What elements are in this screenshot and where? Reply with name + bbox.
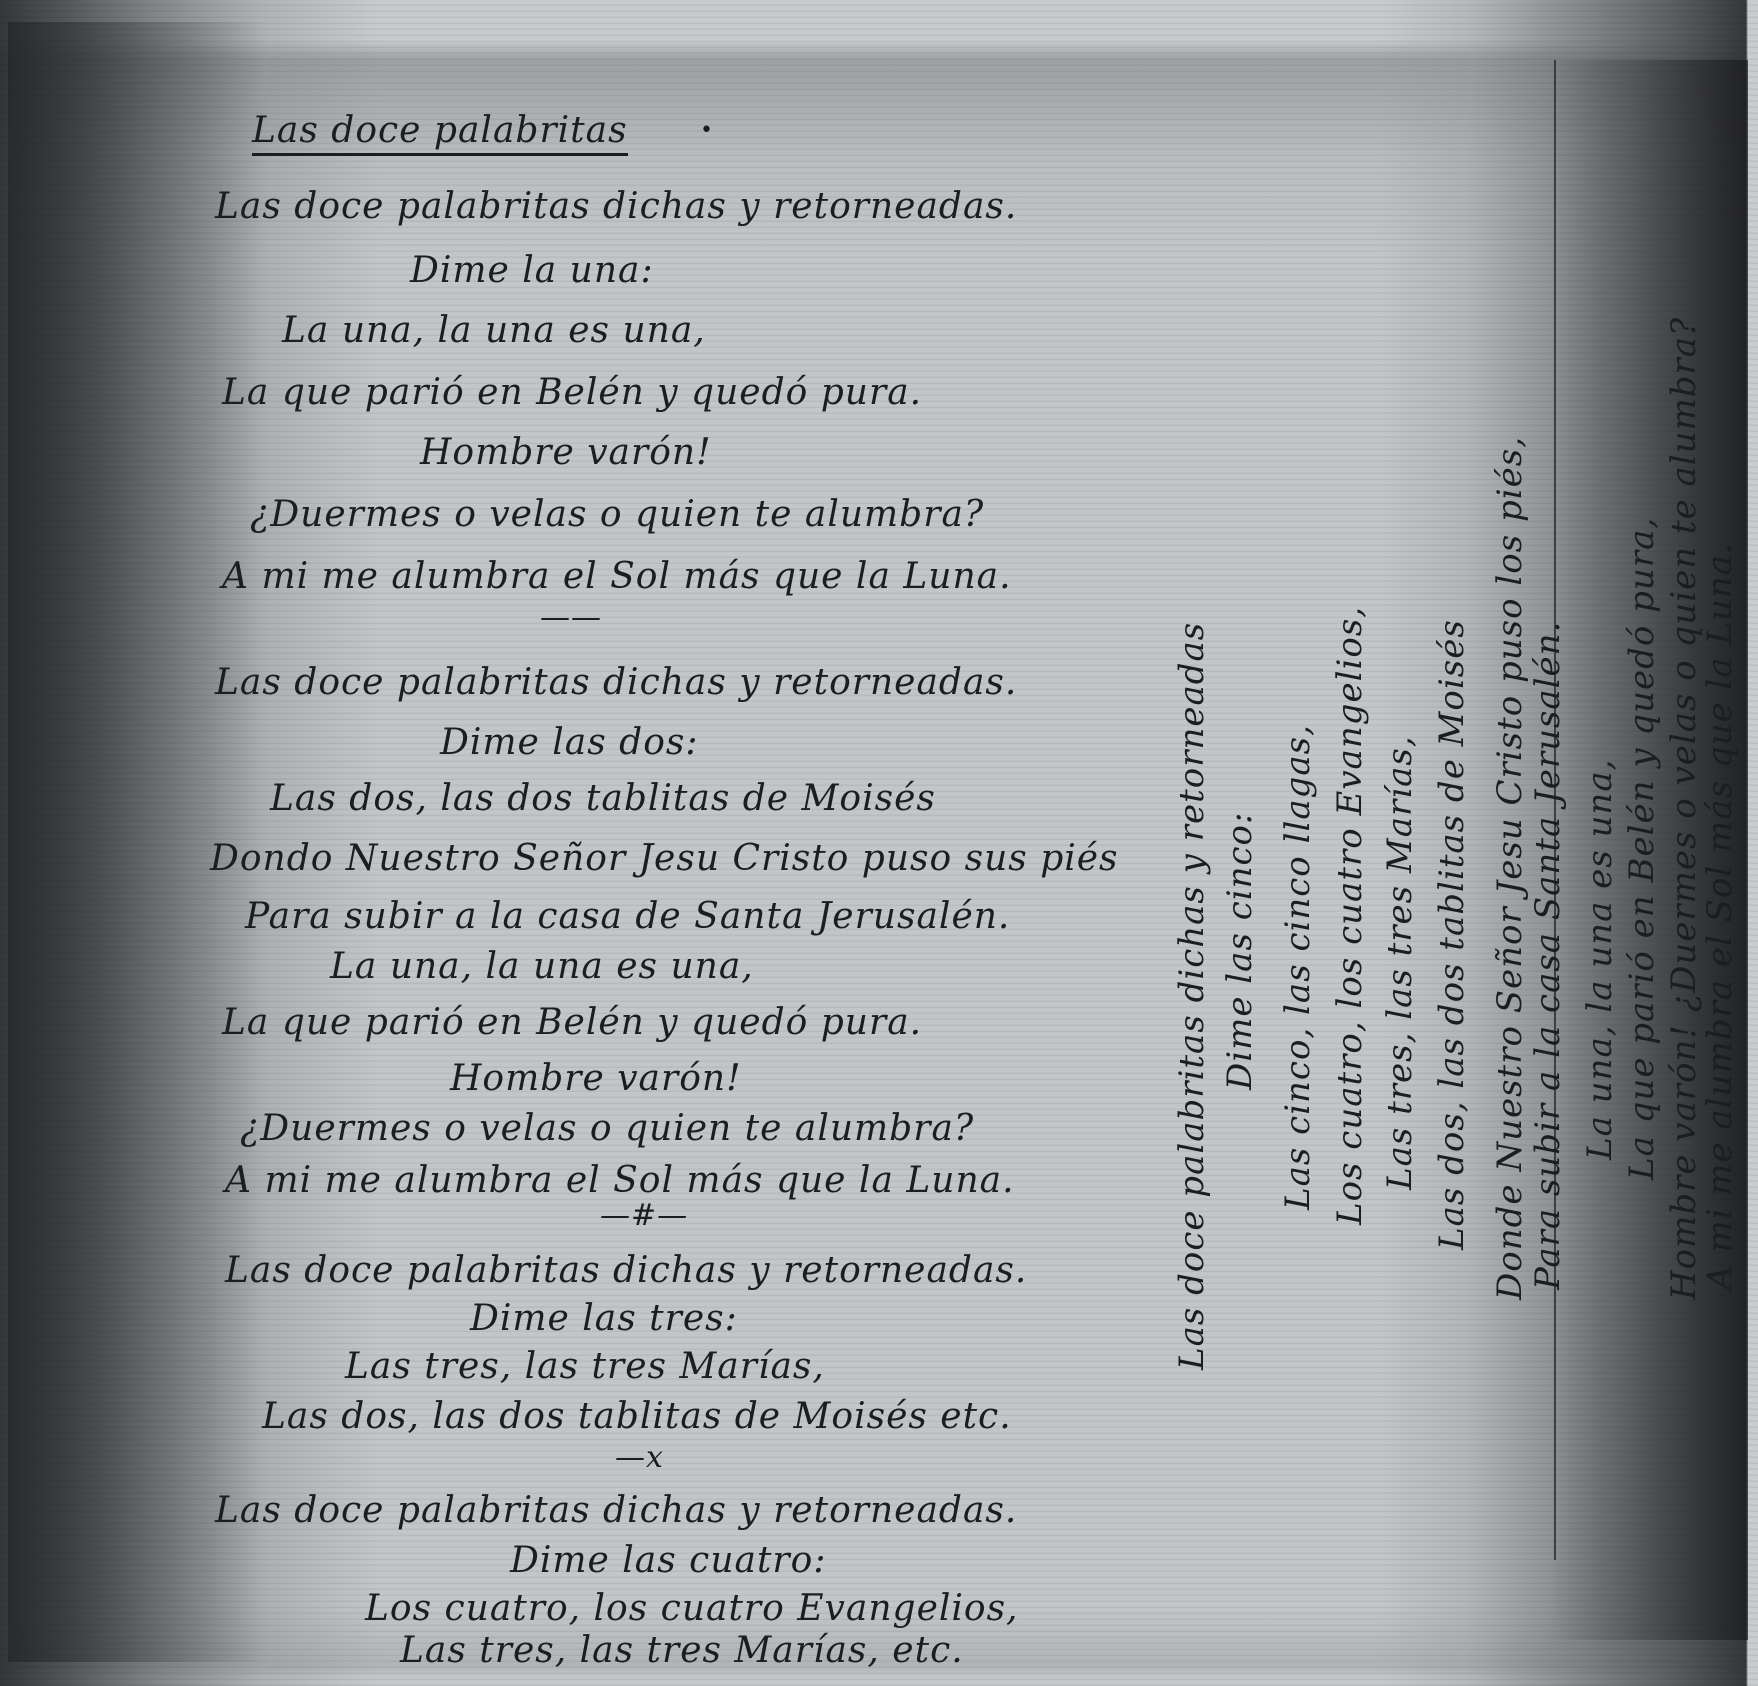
rotated-verse-line: Hombre varón! ¿Duermes o velas o quien t… <box>1664 317 1704 1300</box>
verse-line: La una, la una es una, <box>330 946 754 987</box>
rotated-verse-line: Las dos, las dos tablitas de Moisés <box>1432 619 1472 1250</box>
verse-line: Dondo Nuestro Señor Jesu Cristo puso sus… <box>210 838 1119 879</box>
rotated-verse-line: Donde Nuestro Señor Jesu Cristo puso los… <box>1490 436 1530 1300</box>
verse-line: Las tres, las tres Marías, <box>345 1346 825 1387</box>
stanza-separator: —x <box>615 1440 664 1475</box>
scanned-page: Las doce palabritas • Las doce palabrita… <box>0 0 1758 1686</box>
verse-line: ¿Duermes o velas o quien te alumbra? <box>240 1108 974 1149</box>
verse-line: Las doce palabritas dichas y retorneadas… <box>215 662 1017 703</box>
verse-line: La que parió en Belén y quedó pura. <box>222 1002 922 1043</box>
verse-line: Las doce palabritas dichas y retorneadas… <box>225 1250 1027 1291</box>
verse-line: A mi me alumbra el Sol más que la Luna. <box>222 556 1012 597</box>
poem-title: Las doce palabritas <box>252 110 628 156</box>
verse-line: Las dos, las dos tablitas de Moisés <box>270 778 936 819</box>
rotated-verse-line: La que parió en Belén y quedó pura, <box>1622 517 1662 1180</box>
rotated-verse-line: Los cuatro, los cuatro Evangelios, <box>1330 606 1370 1225</box>
stanza-separator: —— <box>540 600 602 635</box>
rotated-verse-line: A mi me alumbra el Sol más que la Luna. <box>1700 542 1740 1290</box>
verse-line: La una, la una es una, <box>282 310 706 351</box>
rotated-verse-line: Las doce palabritas dichas y retorneadas <box>1172 622 1212 1370</box>
verse-line: Las doce palabritas dichas y retorneadas… <box>215 186 1017 227</box>
verse-line: Las doce palabritas dichas y retorneadas… <box>215 1490 1017 1531</box>
title-mark: • <box>700 118 714 143</box>
verse-line: La que parió en Belén y quedó pura. <box>222 372 922 413</box>
verse-line: Para subir a la casa de Santa Jerusalén. <box>245 896 1010 937</box>
rotated-verse-line: Dime las cinco: <box>1220 812 1260 1090</box>
rotated-verse-line: Las tres, las tres Marías, <box>1380 735 1420 1190</box>
verse-line: A mi me alumbra el Sol más que la Luna. <box>225 1160 1015 1201</box>
verse-line: ¿Duermes o velas o quien te alumbra? <box>250 494 984 535</box>
verse-line: Hombre varón! <box>450 1058 742 1099</box>
rotated-verse-line: La una, la una es una, <box>1580 759 1620 1160</box>
verse-line: Dime las tres: <box>470 1298 738 1339</box>
verse-line: Las tres, las tres Marías, etc. <box>400 1630 964 1671</box>
rotated-verse-line: Las cinco, las cinco llagas, <box>1278 724 1318 1210</box>
verse-line: Los cuatro, los cuatro Evangelios, <box>365 1588 1019 1629</box>
stanza-separator: —#— <box>600 1198 688 1233</box>
verse-line: Dime la una: <box>410 250 654 291</box>
verse-line: Hombre varón! <box>420 432 712 473</box>
verse-line: Dime las dos: <box>440 722 698 763</box>
rotated-verse-line: Para subir a la casa Santa Jerusalén. <box>1528 621 1568 1290</box>
verse-line: Dime las cuatro: <box>510 1540 826 1581</box>
verse-line: Las dos, las dos tablitas de Moisés etc. <box>262 1396 1012 1437</box>
